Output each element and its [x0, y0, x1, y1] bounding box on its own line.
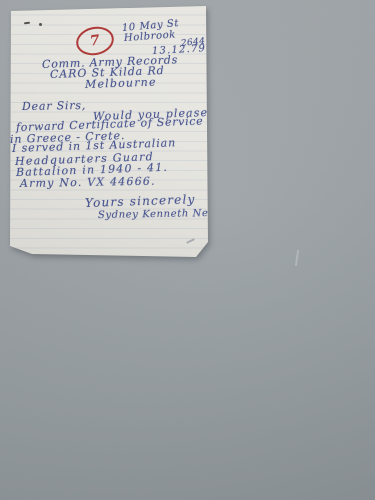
pencil-dot-mark — [39, 23, 42, 26]
recipient-line-3: Melbourne — [85, 76, 157, 91]
annotation-number: 7 — [89, 33, 101, 48]
letter-paper: 7 10 May St Holbrook 2644 13.12.79. Comm… — [10, 6, 209, 258]
signature-line: Sydney Kenneth Newland. — [98, 207, 246, 221]
photo-background: 7 10 May St Holbrook 2644 13.12.79. Comm… — [0, 0, 375, 500]
background-scratch — [295, 250, 299, 266]
body-line: Army No. VX 44666. — [20, 175, 156, 190]
salutation: Dear Sirs, — [22, 99, 86, 113]
letter-paper-wrap: 7 10 May St Holbrook 2644 13.12.79. Comm… — [10, 6, 209, 258]
